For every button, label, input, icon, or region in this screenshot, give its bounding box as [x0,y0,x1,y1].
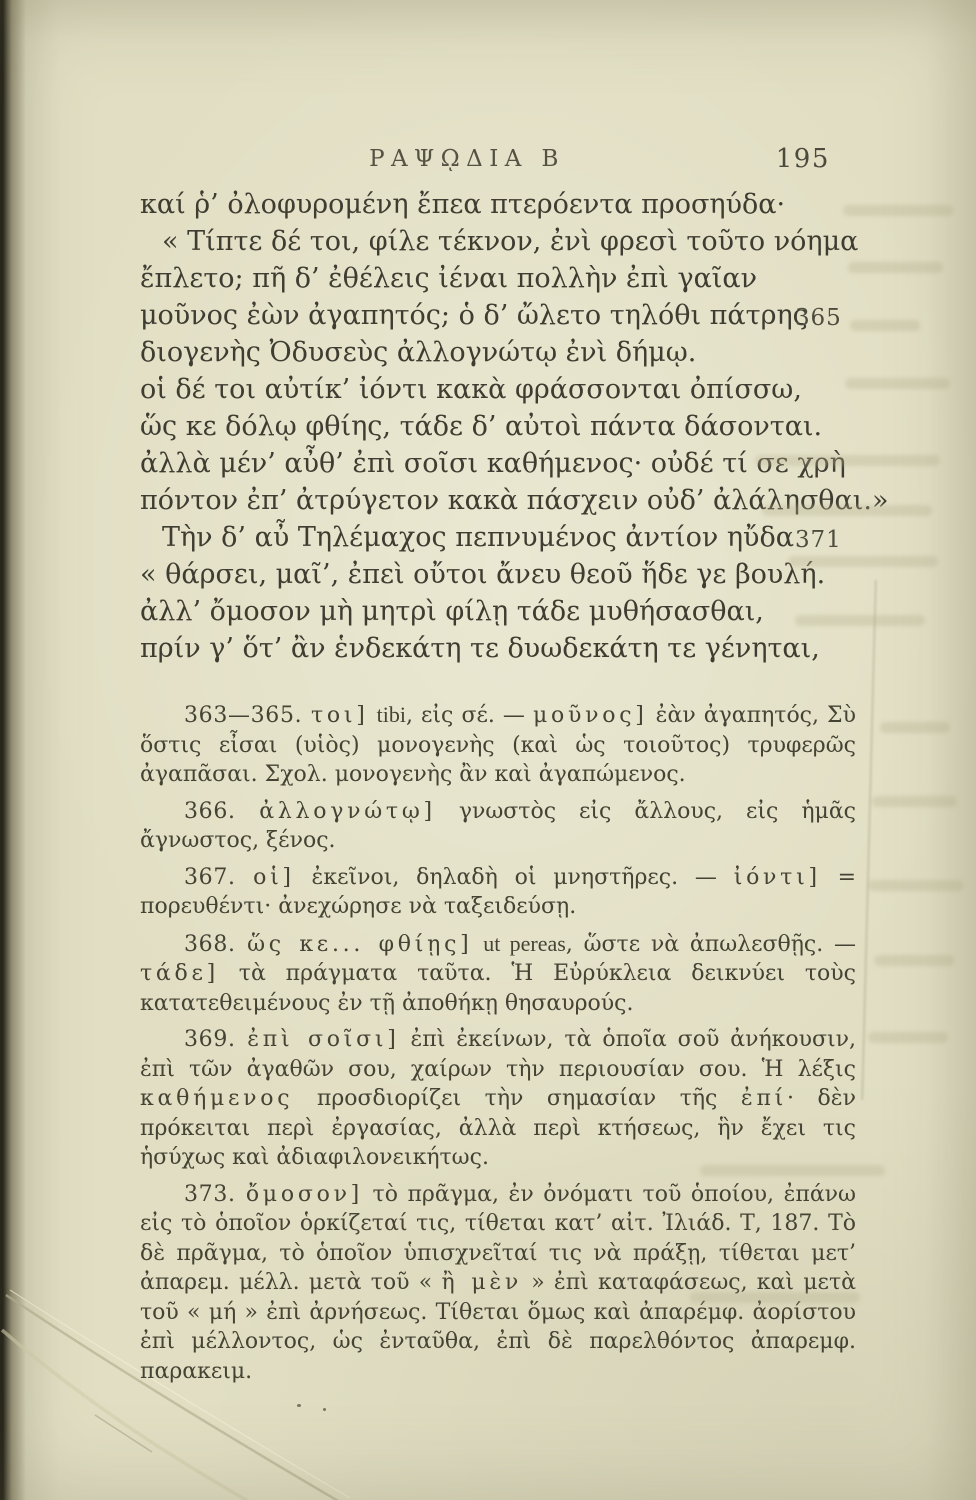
paper-speck [297,1404,301,1407]
note-number: 369. [184,1027,247,1052]
note-paragraph: 366. ἀλλογνώτῳ] γνωστὸς εἰς ἄλλους, εἰς … [140,797,856,856]
verse-line-text: ἀλλ’ ὄμοσον μὴ μητρὶ φίλῃ τάδε μυθήσασθα… [140,596,764,627]
note-lemma: ἀλλογνώτῳ] [259,799,436,824]
note-number: 366. [184,799,259,824]
page-header: ΡΑΨῼΔΙΑ Β 195 [140,146,856,180]
verse-line-text: ὥς κε δόλῳ φθίης, τάδε δ’ αὐτοὶ πάντα δά… [140,411,822,442]
note-text [472,932,483,957]
verse-line-text: διογενὴς Ὀδυσεὺς ἀλλογνώτῳ ἐνὶ δήμῳ. [140,337,696,368]
verse-line-text: πόντον ἐπ’ ἀτρύγετον κακὰ πάσχειν οὐδ’ ἀ… [140,485,888,516]
verse-line: καί ῥ’ ὀλοφυρομένη ἔπεα πτερόεντα προσηύ… [140,186,900,223]
note-paragraph: 369. ἐπὶ σοῖσι] ἐπὶ ἐκείνων, τὰ ὁποῖα σο… [140,1025,856,1173]
note-text: ἐκεῖνοι, δηλαδὴ οἱ μνηστῆρες. — [295,865,734,890]
verse-line-number: 371 [795,522,842,559]
note-lemma: οἱ] [253,865,295,890]
verse-line-text: καί ῥ’ ὀλοφυρομένη ἔπεα πτερόεντα προσηύ… [140,189,785,220]
note-lemma: ἢ μὲν [441,1270,522,1295]
ink-showthrough-mark [872,796,957,807]
commentary-notes-block: 363—365. τοι] tibi, εἰς σέ. — μοῦνος] ἐὰ… [140,700,856,1393]
verse-line: « θάρσει, μαῖ’, ἐπεὶ οὔτοι ἄνευ θεοῦ ἥδε… [140,556,900,593]
verse-line: διογενὴς Ὀδυσεὺς ἀλλογνώτῳ ἐνὶ δήμῳ. [140,334,900,371]
note-paragraph: 368. ὥς κε... φθίῃς] ut pereas, ὥστε νὰ … [140,929,856,1019]
note-lemma: ὄμοσον] [246,1182,363,1207]
page-number: 195 [776,144,830,174]
verse-line-text: ἀλλὰ μέν’ αὖθ’ ἐπὶ σοῖσι καθήμενος· οὐδέ… [140,448,846,479]
verse-line: μοῦνος ἐὼν ἀγαπητός; ὁ δ’ ὤλετο τηλόθι π… [140,297,900,334]
note-lemma: ἰόντι] [734,865,821,890]
verse-line: οἱ δέ τοι αὐτίκ’ ἰόντι κακὰ φράσσονται ὀ… [140,371,900,408]
verse-line-text: Τὴν δ’ αὖ Τηλέμαχος πεπνυμένος ἀντίον ηὔ… [162,522,794,553]
note-text: , ὥστε νὰ ἀπωλεσθῇς. — [566,932,856,957]
page-left-edge-shadow [0,0,26,1500]
book-page-scan: { "header": { "title": "ΡΑΨῼΔΙΑ Β", "pag… [0,0,976,1500]
note-lemma: ὥς κε... φθίῃς] [247,932,472,957]
ink-showthrough-mark [868,1032,948,1043]
note-text: τὰ πράγματα ταῦτα. Ἡ Εὐρύκλεια δεικνύει … [140,961,856,1016]
note-lemma: τάδε] [140,961,219,986]
verse-line-text: « θάρσει, μαῖ’, ἐπεὶ οὔτοι ἄνευ θεοῦ ἥδε… [140,559,825,590]
note-number: 368. [184,932,247,957]
verse-line: ἀλλὰ μέν’ αὖθ’ ἐπὶ σοῖσι καθήμενος· οὐδέ… [140,445,900,482]
note-number: 373. [184,1182,246,1207]
note-lemma: τοι] [311,703,369,728]
note-lemma: ἐπὶ σοῖσι] [247,1027,399,1052]
note-lemma: μοῦνος] [533,703,648,728]
verse-line: Τὴν δ’ αὖ Τηλέμαχος πεπνυμένος ἀντίον ηὔ… [140,519,900,556]
note-lemma: ἐπί [741,1086,787,1111]
verse-line: πρίν γ’ ὅτ’ ἂν ἑνδεκάτη τε δυωδεκάτη τε … [140,630,900,667]
ink-showthrough-mark [868,880,963,891]
note-lemma: καθήμενος [140,1086,293,1111]
verse-line-text: « Τίπτε δέ τοι, φίλε τέκνον, ἐνὶ φρεσὶ τ… [162,226,858,257]
verse-line-text: μοῦνος ἐὼν ἀγαπητός; ὁ δ’ ὤλετο τηλόθι π… [140,300,808,331]
note-number: 367. [184,865,253,890]
verse-line: πόντον ἐπ’ ἀτρύγετον κακὰ πάσχειν οὐδ’ ἀ… [140,482,900,519]
ink-showthrough-mark [874,955,954,966]
note-text: , εἰς σέ. — [406,703,533,728]
verse-line-text: οἱ δέ τοι αὐτίκ’ ἰόντι κακὰ φράσσονται ὀ… [140,374,802,405]
verse-line-text: ἔπλετο; πῆ δ’ ἐθέλεις ἰέναι πολλὴν ἐπὶ γ… [140,263,757,294]
verse-line: « Τίπτε δέ τοι, φίλε τέκνον, ἐνὶ φρεσὶ τ… [140,223,900,260]
note-paragraph: 363—365. τοι] tibi, εἰς σέ. — μοῦνος] ἐὰ… [140,700,856,790]
verse-line-number: 365 [795,300,842,337]
running-header-title: ΡΑΨῼΔΙΑ Β [140,146,856,172]
note-latin-gloss: tibi [377,702,406,727]
verse-text-block: καί ῥ’ ὀλοφυρομένη ἔπεα πτερόεντα προσηύ… [140,186,900,667]
verse-line: ἔπλετο; πῆ δ’ ἐθέλεις ἰέναι πολλὴν ἐπὶ γ… [140,260,900,297]
note-paragraph: 373. ὄμοσον] τὸ πρᾶγμα, ἐν ὀνόματι τοῦ ὁ… [140,1180,856,1387]
verse-line: ἀλλ’ ὄμοσον μὴ μητρὶ φίλῃ τάδε μυθήσασθα… [140,593,900,630]
ink-showthrough-mark [880,722,950,733]
note-paragraph: 367. οἱ] ἐκεῖνοι, δηλαδὴ οἱ μνηστῆρες. —… [140,863,856,922]
note-text: προσδιορίζει τὴν σημασίαν τῆς [293,1086,741,1111]
verse-line-text: πρίν γ’ ὅτ’ ἂν ἑνδεκάτη τε δυωδεκάτη τε … [140,633,820,664]
paper-speck [323,1408,326,1411]
note-number: 363—365. [184,703,311,728]
verse-line: ὥς κε δόλῳ φθίης, τάδε δ’ αὐτοὶ πάντα δά… [140,408,900,445]
note-text [369,703,377,728]
note-latin-gloss: ut pereas [483,931,566,956]
